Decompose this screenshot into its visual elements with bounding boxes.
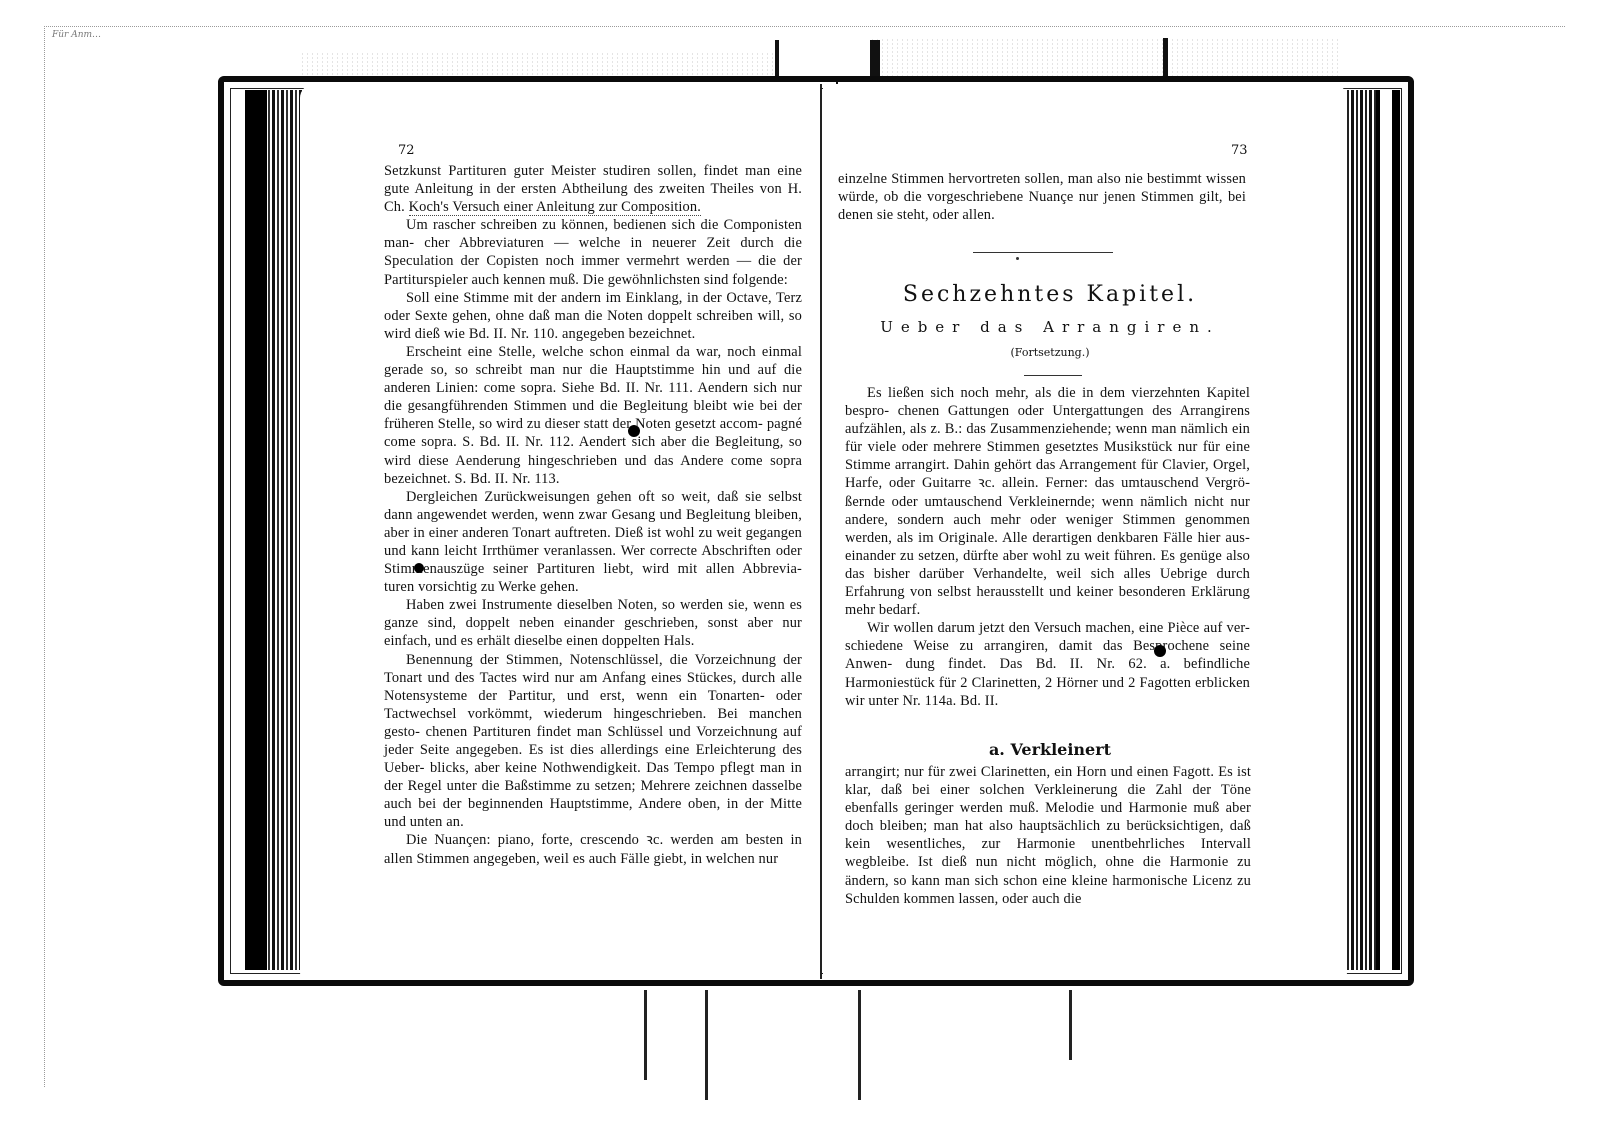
page-number-left: 72	[398, 143, 415, 158]
chapter-divider	[1024, 375, 1082, 376]
ink-blot	[1154, 645, 1166, 657]
bookmark-ribbon	[870, 40, 880, 78]
ribbon-tail	[858, 990, 861, 1100]
divider-dot	[1016, 257, 1019, 260]
paragraph: Setzkunst Partituren guter Meister studi…	[384, 162, 802, 216]
right-page-body-text: Es ließen sich noch mehr, als die in dem…	[845, 384, 1250, 710]
paragraph: Um rascher schreiben zu können, bedienen…	[384, 216, 802, 288]
page-top-edge-right	[870, 38, 1340, 78]
section-divider	[973, 252, 1113, 253]
book-gutter	[820, 84, 822, 979]
bookmark-ribbon	[1163, 38, 1168, 78]
paragraph: Wir wollen darum jetzt den Versuch mache…	[845, 619, 1250, 709]
scan-margin-note: Für Anm…	[52, 30, 101, 40]
left-page-text: Setzkunst Partituren guter Meister studi…	[384, 162, 802, 868]
paragraph: Es ließen sich noch mehr, als die in dem…	[845, 384, 1250, 619]
section-heading: a. Verkleinert	[830, 740, 1270, 759]
right-page-carryover-text: einzelne Stimmen hervortreten sollen, ma…	[838, 170, 1246, 224]
ribbon-tail	[705, 990, 708, 1100]
ribbon-tail	[644, 990, 647, 1080]
paragraph: Die Nuançen: piano, forte, crescendo ꝛc.…	[384, 831, 802, 867]
paragraph: Dergleichen Zurückweisungen gehen oft so…	[384, 488, 802, 597]
fore-edge-left	[245, 90, 303, 970]
page-number-right: 73	[1231, 143, 1248, 158]
chapter-continued-note: (Fortsetzung.)	[830, 346, 1270, 359]
bookmark-ribbon	[775, 40, 779, 78]
ink-blot	[628, 425, 640, 437]
section-text: arrangirt; nur für zwei Clarinetten, ein…	[845, 763, 1251, 908]
chapter-subtitle: Ueber das Arrangiren.	[830, 318, 1270, 336]
paragraph: Benennung der Stimmen, Notenschlüssel, d…	[384, 651, 802, 832]
paragraph: Soll eine Stimme mit der andern im Einkl…	[384, 289, 802, 343]
paragraph: Haben zwei Instrumente dieselben Noten, …	[384, 596, 802, 650]
ribbon-tail	[1069, 990, 1072, 1060]
paragraph: arrangirt; nur für zwei Clarinetten, ein…	[845, 763, 1251, 908]
paragraph: einzelne Stimmen hervortreten sollen, ma…	[838, 170, 1246, 224]
ink-blot	[414, 563, 424, 573]
fore-edge-right	[1345, 90, 1400, 970]
book-reference: Koch's Versuch einer Anleitung zur Compo…	[409, 199, 701, 216]
paragraph: Erscheint eine Stelle, welche schon einm…	[384, 343, 802, 488]
chapter-title: Sechzehntes Kapitel.	[830, 282, 1270, 307]
